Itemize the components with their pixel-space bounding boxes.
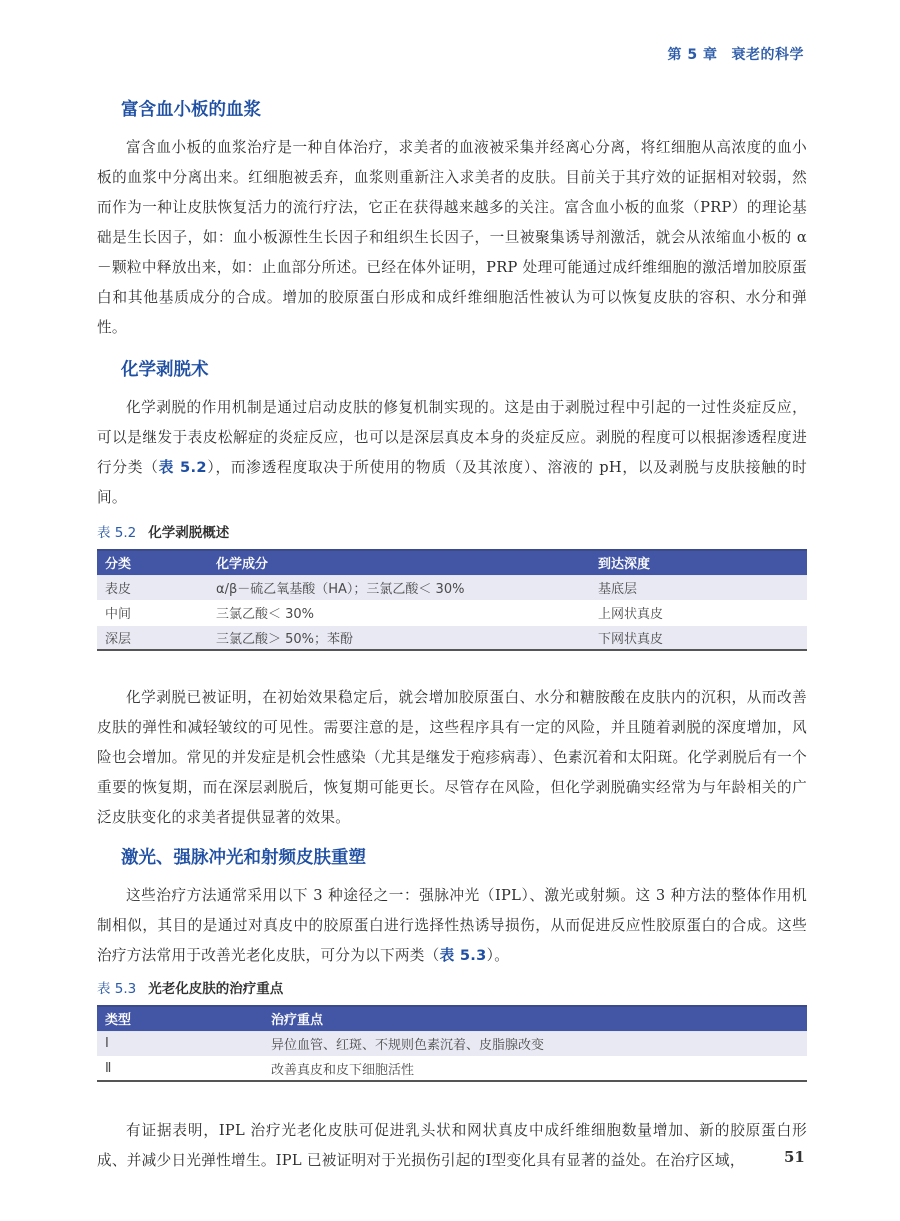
table-row: Ⅱ 改善真皮和皮下细胞活性 (97, 1056, 807, 1081)
column-header-type: 类型 (97, 1006, 263, 1031)
cell-chemical: 三氯乙酸＜ 30% (208, 600, 590, 625)
column-header-chemical: 化学成分 (208, 550, 590, 575)
table-caption-5-2: 表 5.2化学剥脱概述 (97, 521, 807, 545)
cell-category: 深层 (97, 625, 208, 650)
chapter-title: 衰老的科学 (732, 47, 805, 63)
cell-chemical: 三氯乙酸＞ 50%；苯酚 (208, 625, 590, 650)
section-heading-laser: 激光、强脉冲光和射频皮肤重塑 (121, 843, 807, 873)
cell-focus: 改善真皮和皮下细胞活性 (263, 1056, 807, 1081)
paragraph-chemical-peel-effects: 化学剥脱已被证明，在初始效果稳定后，就会增加胶原蛋白、水分和糖胺酸在皮肤内的沉积… (97, 683, 807, 833)
table-row: 中间 三氯乙酸＜ 30% 上网状真皮 (97, 600, 807, 625)
cell-depth: 下网状真皮 (590, 625, 807, 650)
column-header-depth: 到达深度 (590, 550, 807, 575)
running-head: 第 5 章衰老的科学 (668, 44, 805, 64)
cell-focus: 异位血管、红斑、不规则色素沉着、皮脂腺改变 (263, 1031, 807, 1056)
column-header-category: 分类 (97, 550, 208, 575)
table-row: Ⅰ 异位血管、红斑、不规则色素沉着、皮脂腺改变 (97, 1031, 807, 1056)
table-reference-link[interactable]: 表 5.3 (440, 947, 487, 964)
paragraph-chemical-peel: 化学剥脱的作用机制是通过启动皮肤的修复机制实现的。这是由于剥脱过程中引起的一过性… (97, 393, 807, 513)
table-photoaging-treatment: 类型 治疗重点 Ⅰ 异位血管、红斑、不规则色素沉着、皮脂腺改变 Ⅱ 改善真皮和皮… (97, 1005, 807, 1082)
table-reference-link[interactable]: 表 5.2 (159, 459, 207, 476)
cell-category: 表皮 (97, 575, 208, 600)
table-chemical-peel-overview: 分类 化学成分 到达深度 表皮 α/β－硫乙氧基酸（HA）；三氯乙酸＜ 30% … (97, 549, 807, 651)
cell-category: 中间 (97, 600, 208, 625)
paragraph-prp: 富含血小板的血浆治疗是一种自体治疗，求美者的血液被采集并经离心分离，将红细胞从高… (97, 133, 807, 343)
table-title: 化学剥脱概述 (148, 525, 229, 541)
page-content: 富含血小板的血浆 富含血小板的血浆治疗是一种自体治疗，求美者的血液被采集并经离心… (97, 95, 807, 1176)
table-header-row: 类型 治疗重点 (97, 1006, 807, 1031)
paragraph-ipl-evidence: 有证据表明，IPL 治疗光老化皮肤可促进乳头状和网状真皮中成纤维细胞数量增加、新… (97, 1116, 807, 1176)
table-number: 表 5.3 (97, 981, 136, 997)
table-title: 光老化皮肤的治疗重点 (148, 981, 283, 997)
section-heading-chemical-peel: 化学剥脱术 (121, 355, 807, 385)
table-row: 深层 三氯乙酸＞ 50%；苯酚 下网状真皮 (97, 625, 807, 650)
paragraph-text: ）。 (487, 947, 510, 964)
section-heading-prp: 富含血小板的血浆 (121, 95, 807, 125)
cell-chemical: α/β－硫乙氧基酸（HA）；三氯乙酸＜ 30% (208, 575, 590, 600)
cell-type: Ⅰ (97, 1031, 263, 1056)
column-header-focus: 治疗重点 (263, 1006, 807, 1031)
table-row: 表皮 α/β－硫乙氧基酸（HA）；三氯乙酸＜ 30% 基底层 (97, 575, 807, 600)
paragraph-laser: 这些治疗方法通常采用以下 3 种途径之一：强脉冲光（IPL）、激光或射频。这 3… (97, 881, 807, 971)
cell-depth: 基底层 (590, 575, 807, 600)
cell-type: Ⅱ (97, 1056, 263, 1081)
chapter-number: 第 5 章 (668, 47, 718, 63)
page-number: 51 (784, 1148, 805, 1166)
table-caption-5-3: 表 5.3光老化皮肤的治疗重点 (97, 977, 807, 1001)
table-header-row: 分类 化学成分 到达深度 (97, 550, 807, 575)
cell-depth: 上网状真皮 (590, 600, 807, 625)
table-number: 表 5.2 (97, 525, 136, 541)
